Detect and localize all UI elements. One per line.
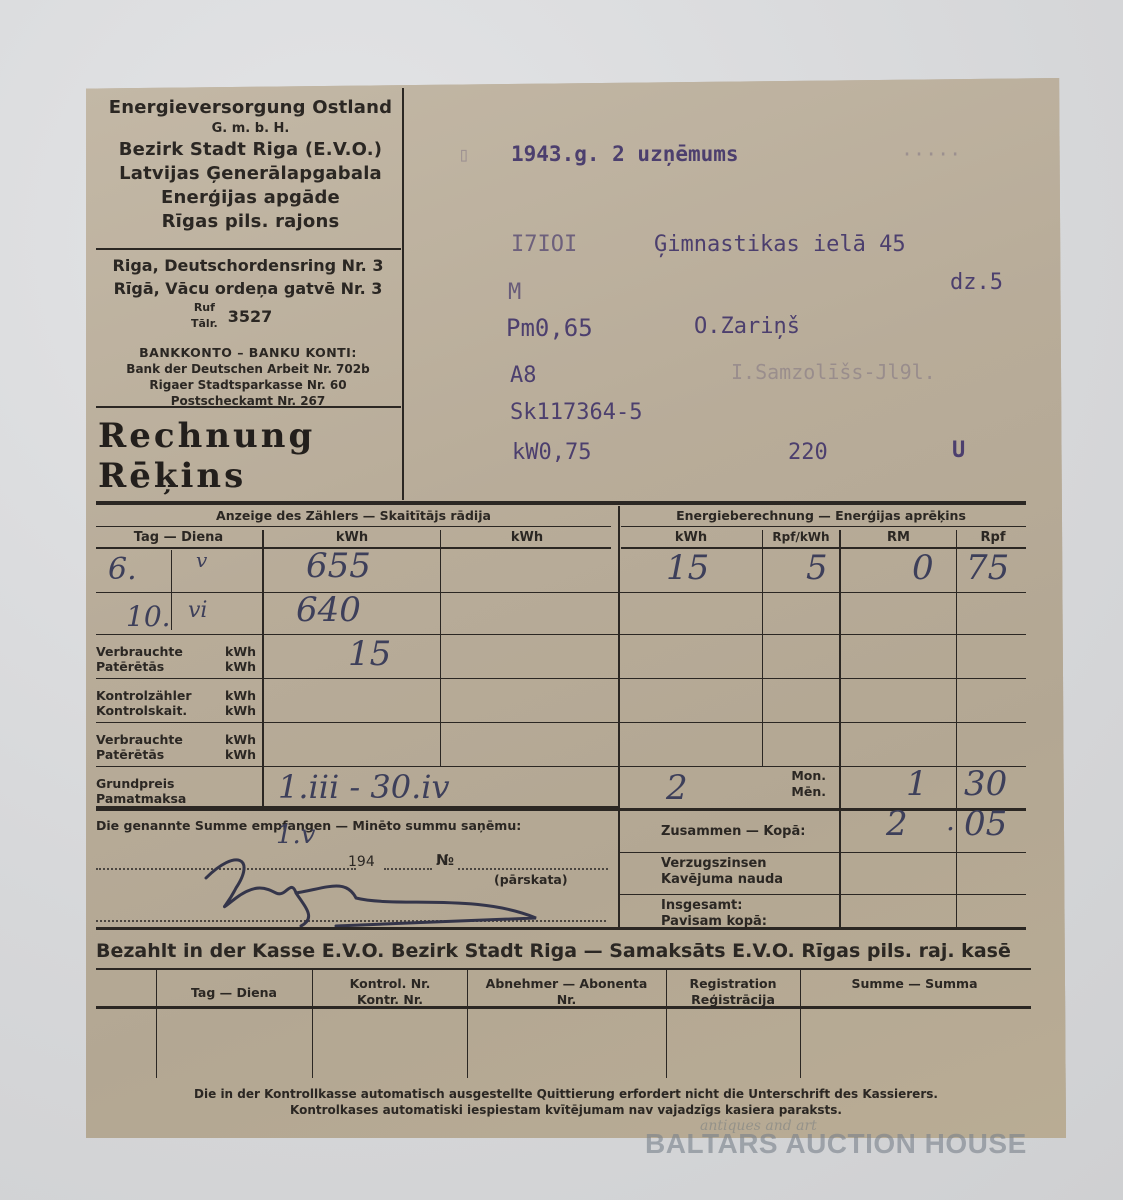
customer-name: O.Zariņš [694,314,800,339]
col-label: Summe — Summa [802,976,1027,992]
row-label-control-meter: KontrolzählerkWh Kontrolskait.kWh [96,688,256,718]
decimal-point: . [946,804,955,837]
address-lv: Rīgā, Vācu ordeņa gatvē Nr. 3 [98,277,398,300]
title-lv: Rēķins [98,456,315,496]
table-top-rule [96,501,1026,505]
address-de: Riga, Deutschordensring Nr. 3 [98,254,398,277]
total-rpf: 05 [964,804,1007,844]
mon-lv: Mēn. [781,784,826,800]
row-rule [96,766,1026,767]
col-rpf: Rpf [958,530,1028,545]
issuer-lv-district: Rīgas pils. rajons [98,210,403,234]
months-label: Mon. Mēn. [781,768,826,800]
col-rule [618,506,620,928]
label-lv: Patērētās [96,747,164,762]
late-fee-lv: Kavējuma nauda [661,872,783,888]
row-rule [96,806,618,809]
invoice-document: Energieversorgung Ostland G. m. b. H. Be… [86,78,1066,1138]
header-divider [402,88,404,500]
watermark-main: BALTARS AUCTION HOUSE [645,1128,1045,1160]
apartment: dz.5 [950,270,1003,295]
phone-label-de: Ruf [191,300,218,316]
divider [621,526,1026,527]
row-rule [96,927,1026,930]
energy-rm: 0 [912,548,934,588]
label-de: Grundpreis [96,776,256,791]
reading-2-day: 10. [126,600,171,633]
document-title: Rechnung Rēķins [98,416,315,496]
paid-col-registration: Registration Reģistrācija [668,976,798,1008]
col-label: Kontrol. Nr. [314,976,466,992]
faded-typed-text: I.Samzolīšs-Jl9l. [731,360,936,384]
faded-stamp: ····· [901,142,961,166]
col-rule [956,530,957,928]
u-code: U [952,438,965,463]
issuer-lv-region: Latvijas Ģenerālapgabala [98,162,403,186]
col-rate: Rpf/kWh [763,530,839,544]
row-label-consumed-2: VerbrauchtekWh PatērētāskWh [96,732,256,762]
row-rule [96,1006,1031,1009]
row-rule [96,968,1031,970]
label-unit: kWh [225,688,256,703]
customer-address: Ģimnastikas ielā 45 [654,232,906,257]
col-day: Tag — Diena [96,530,261,545]
base-rpf: 30 [964,764,1007,804]
col-kwh-2: kWh [442,530,612,545]
reading-1-kwh: 655 [306,546,371,586]
col-label: Abnehmer — Abonenta [469,976,664,992]
bank-line: Bank der Deutschen Arbeit Nr. 702b [98,361,398,377]
row-rule [96,592,1026,593]
divider [96,526,611,527]
pm-rate: Pm0,65 [506,314,593,342]
row-label-base-fee: Grundpreis Pamatmaksa [96,776,256,806]
col-rule [800,970,801,1078]
col-energy-kwh: kWh [621,530,761,545]
paid-title: Bezahlt in der Kasse E.V.O. Bezirk Stadt… [96,940,1031,962]
bank-line: Rigaer Stadtsparkasse Nr. 60 [98,377,398,393]
col-rule [467,970,468,1078]
reading-1-day: 6. [108,552,137,587]
base-months: 2 [666,768,688,808]
stamp-line: 1943.g. 2 uzņēmums [511,142,739,166]
col-rule [440,530,441,766]
label-unit: kWh [225,703,256,718]
label-unit: kWh [225,644,256,659]
issuer-gmbh: G. m. b. H. [98,120,403,138]
row-rule [620,894,1026,895]
col-label: Registration [668,976,798,992]
late-fee-de: Verzugszinsen [661,856,783,872]
col-rule [312,970,313,1078]
row-rule [96,722,1026,723]
power-kw: kW0,75 [512,440,591,465]
row-rule [620,852,1026,853]
footer-de: Die in der Kontrollkasse automatisch aus… [106,1086,1026,1102]
col-rule [762,530,763,766]
col-rule [156,970,157,1078]
meter-section-title: Anzeige des Zählers — Skaitītājs rādija [96,508,611,523]
energy-section-title: Energieberechnung — Enerģijas aprēķins [621,508,1021,523]
col-rule [666,970,667,1078]
account-code: I7IOI [511,232,577,257]
row-rule [96,634,1026,635]
voltage: 220 [788,440,828,465]
m-code: M [508,280,521,305]
paid-col-subscriber-no: Abnehmer — Abonenta Nr. [469,976,664,1008]
divider [96,248,401,250]
phone-label-lv: Tālr. [191,316,218,332]
energy-kwh: 15 [666,548,709,588]
signature [196,838,576,928]
footer-note: Die in der Kontrollkasse automatisch aus… [106,1086,1026,1118]
label-unit: kWh [225,659,256,674]
issuer-block: Energieversorgung Ostland G. m. b. H. Be… [98,96,403,234]
paid-col-day: Tag — Diena [158,985,310,1001]
footer-lv: Kontrolkases automatiski iespiestam kvīt… [106,1102,1026,1118]
label-de: Verbrauchte [96,732,183,747]
paid-col-sum: Summe — Summa [802,976,1027,992]
row-label-consumed: VerbrauchtekWh PatērētāskWh [96,644,256,674]
label-lv: Kontrolskait. [96,703,187,718]
col-label: Tag — Diena [158,985,310,1001]
label-lv: Patērētās [96,659,164,674]
label-de: Verbrauchte [96,644,183,659]
title-de: Rechnung [98,416,315,456]
divider [96,406,401,408]
label-lv: Pamatmaksa [96,791,256,806]
label-unit: kWh [225,732,256,747]
paid-col-control-no: Kontrol. Nr. Kontr. Nr. [314,976,466,1008]
reading-1-month: v [196,548,207,572]
energy-rate: 5 [806,548,828,588]
col-rm: RM [841,530,956,545]
bank-title: BANKKONTO – BANKU KONTI: [98,344,398,361]
phone-block: Ruf Tālr. 3527 [191,300,272,332]
phone-number: 3527 [228,307,273,326]
watermark: antiques and art BALTARS AUCTION HOUSE [645,1118,1045,1160]
total-rm: 2 [886,804,908,844]
energy-rpf: 75 [966,548,1009,588]
base-rm: 1 [906,764,928,804]
label-unit: kWh [225,747,256,762]
reading-2-month: vi [188,598,207,623]
faded-stamp-left: ▯ [458,142,470,166]
issuer-district: Bezirk Stadt Riga (E.V.O.) [98,138,403,162]
issuer-lv-supply: Enerģijas apgāde [98,186,403,210]
base-fee-period: 1.iii - 30.iv [278,768,450,806]
col-kwh-1: kWh [264,530,440,545]
grand-total-label: Insgesamt: Pavisam kopā: [661,898,767,930]
row-rule [96,678,1026,679]
grand-total-de: Insgesamt: [661,898,767,914]
late-fee-label: Verzugszinsen Kavējuma nauda [661,856,783,888]
total-label: Zusammen — Kopā: [661,824,805,840]
mon-de: Mon. [781,768,826,784]
tariff-code: A8 [510,363,537,388]
bank-block: BANKKONTO – BANKU KONTI: Bank der Deutsc… [98,344,398,409]
issuer-name: Energieversorgung Ostland [98,96,403,120]
reading-2-kwh: 640 [296,590,361,630]
consumed-kwh: 15 [348,634,391,674]
col-rule [839,530,841,928]
issuer-address: Riga, Deutschordensring Nr. 3 Rīgā, Vācu… [98,254,398,300]
meter-number: Sk117364-5 [510,400,642,425]
col-rule [171,550,172,630]
label-de: Kontrolzähler [96,688,192,703]
